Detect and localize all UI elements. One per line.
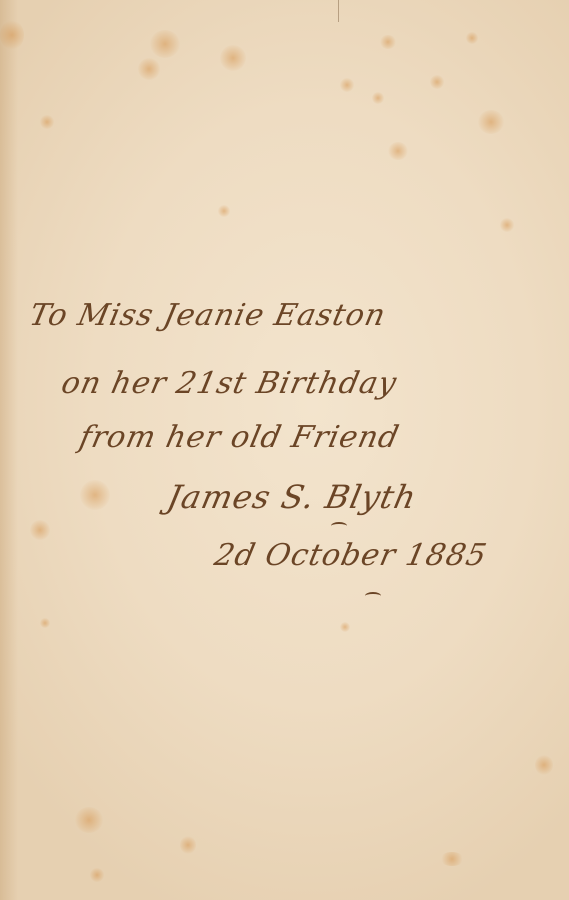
inscription-line-recipient: To Miss Jeanie Easton	[26, 298, 389, 333]
handwritten-inscription: To Miss Jeanie Easton on her 21st Birthd…	[0, 0, 569, 900]
inscription-signature: James S. Blyth	[164, 478, 420, 516]
inscription-line-from: from her old Friend	[76, 420, 402, 455]
inscription-page: To Miss Jeanie Easton on her 21st Birthd…	[0, 0, 569, 900]
inscription-date: 2d October 1885	[211, 538, 490, 573]
date-flourish	[365, 592, 381, 600]
inscription-line-occasion: on her 21st Birthday	[58, 366, 400, 401]
signature-flourish	[331, 522, 347, 530]
